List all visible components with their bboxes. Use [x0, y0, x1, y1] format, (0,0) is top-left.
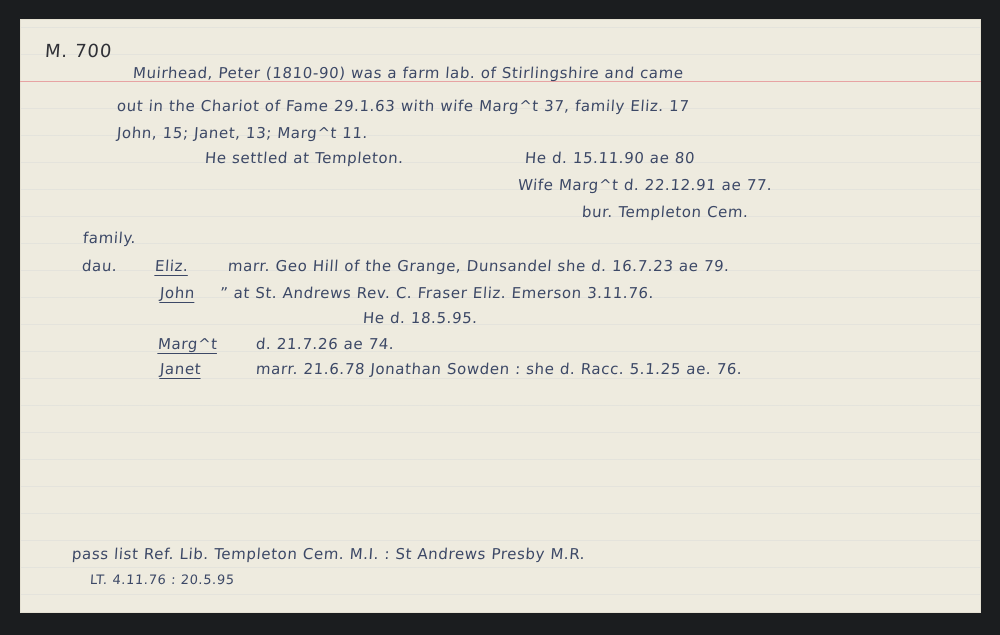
entry-line-1: Muirhead, Peter (1810-90) was a farm lab…: [132, 64, 684, 82]
family-member-name: John: [159, 284, 195, 302]
family-member-detail: marr. Geo Hill of the Grange, Dunsandel …: [227, 257, 730, 275]
index-card: M. 700 Muirhead, Peter (1810-90) was a f…: [20, 19, 981, 613]
entry-line-2: out in the Chariot of Fame 29.1.63 with …: [116, 97, 690, 115]
family-member-name: Marg^t: [157, 335, 218, 353]
family-member-detail: marr. 21.6.78 Jonathan Sowden : she d. R…: [255, 360, 743, 378]
family-member-detail: ” at St. Andrews Rev. C. Fraser Eliz. Em…: [219, 284, 654, 302]
family-member-name: Eliz.: [154, 257, 189, 275]
sources-line-2: LT. 4.11.76 : 20.5.95: [89, 573, 235, 588]
card-reference-number: M. 700: [44, 41, 113, 62]
family-member-detail: d. 21.7.26 ae 74.: [255, 335, 395, 353]
family-member-detail-2: He d. 18.5.95.: [362, 309, 478, 327]
entry-line-4: He settled at Templeton.: [204, 149, 404, 167]
entry-line-7: bur. Templeton Cem.: [581, 203, 749, 221]
entry-line-3: John, 15; Janet, 13; Marg^t 11.: [116, 124, 368, 142]
sources-line-1: pass list Ref. Lib. Templeton Cem. M.I. …: [71, 545, 585, 563]
family-prefix: dau.: [81, 257, 118, 275]
entry-line-5: He d. 15.11.90 ae 80: [524, 149, 695, 167]
family-heading: family.: [82, 229, 136, 247]
family-member-name: Janet: [159, 360, 201, 378]
entry-line-6: Wife Marg^t d. 22.12.91 ae 77.: [517, 176, 773, 194]
